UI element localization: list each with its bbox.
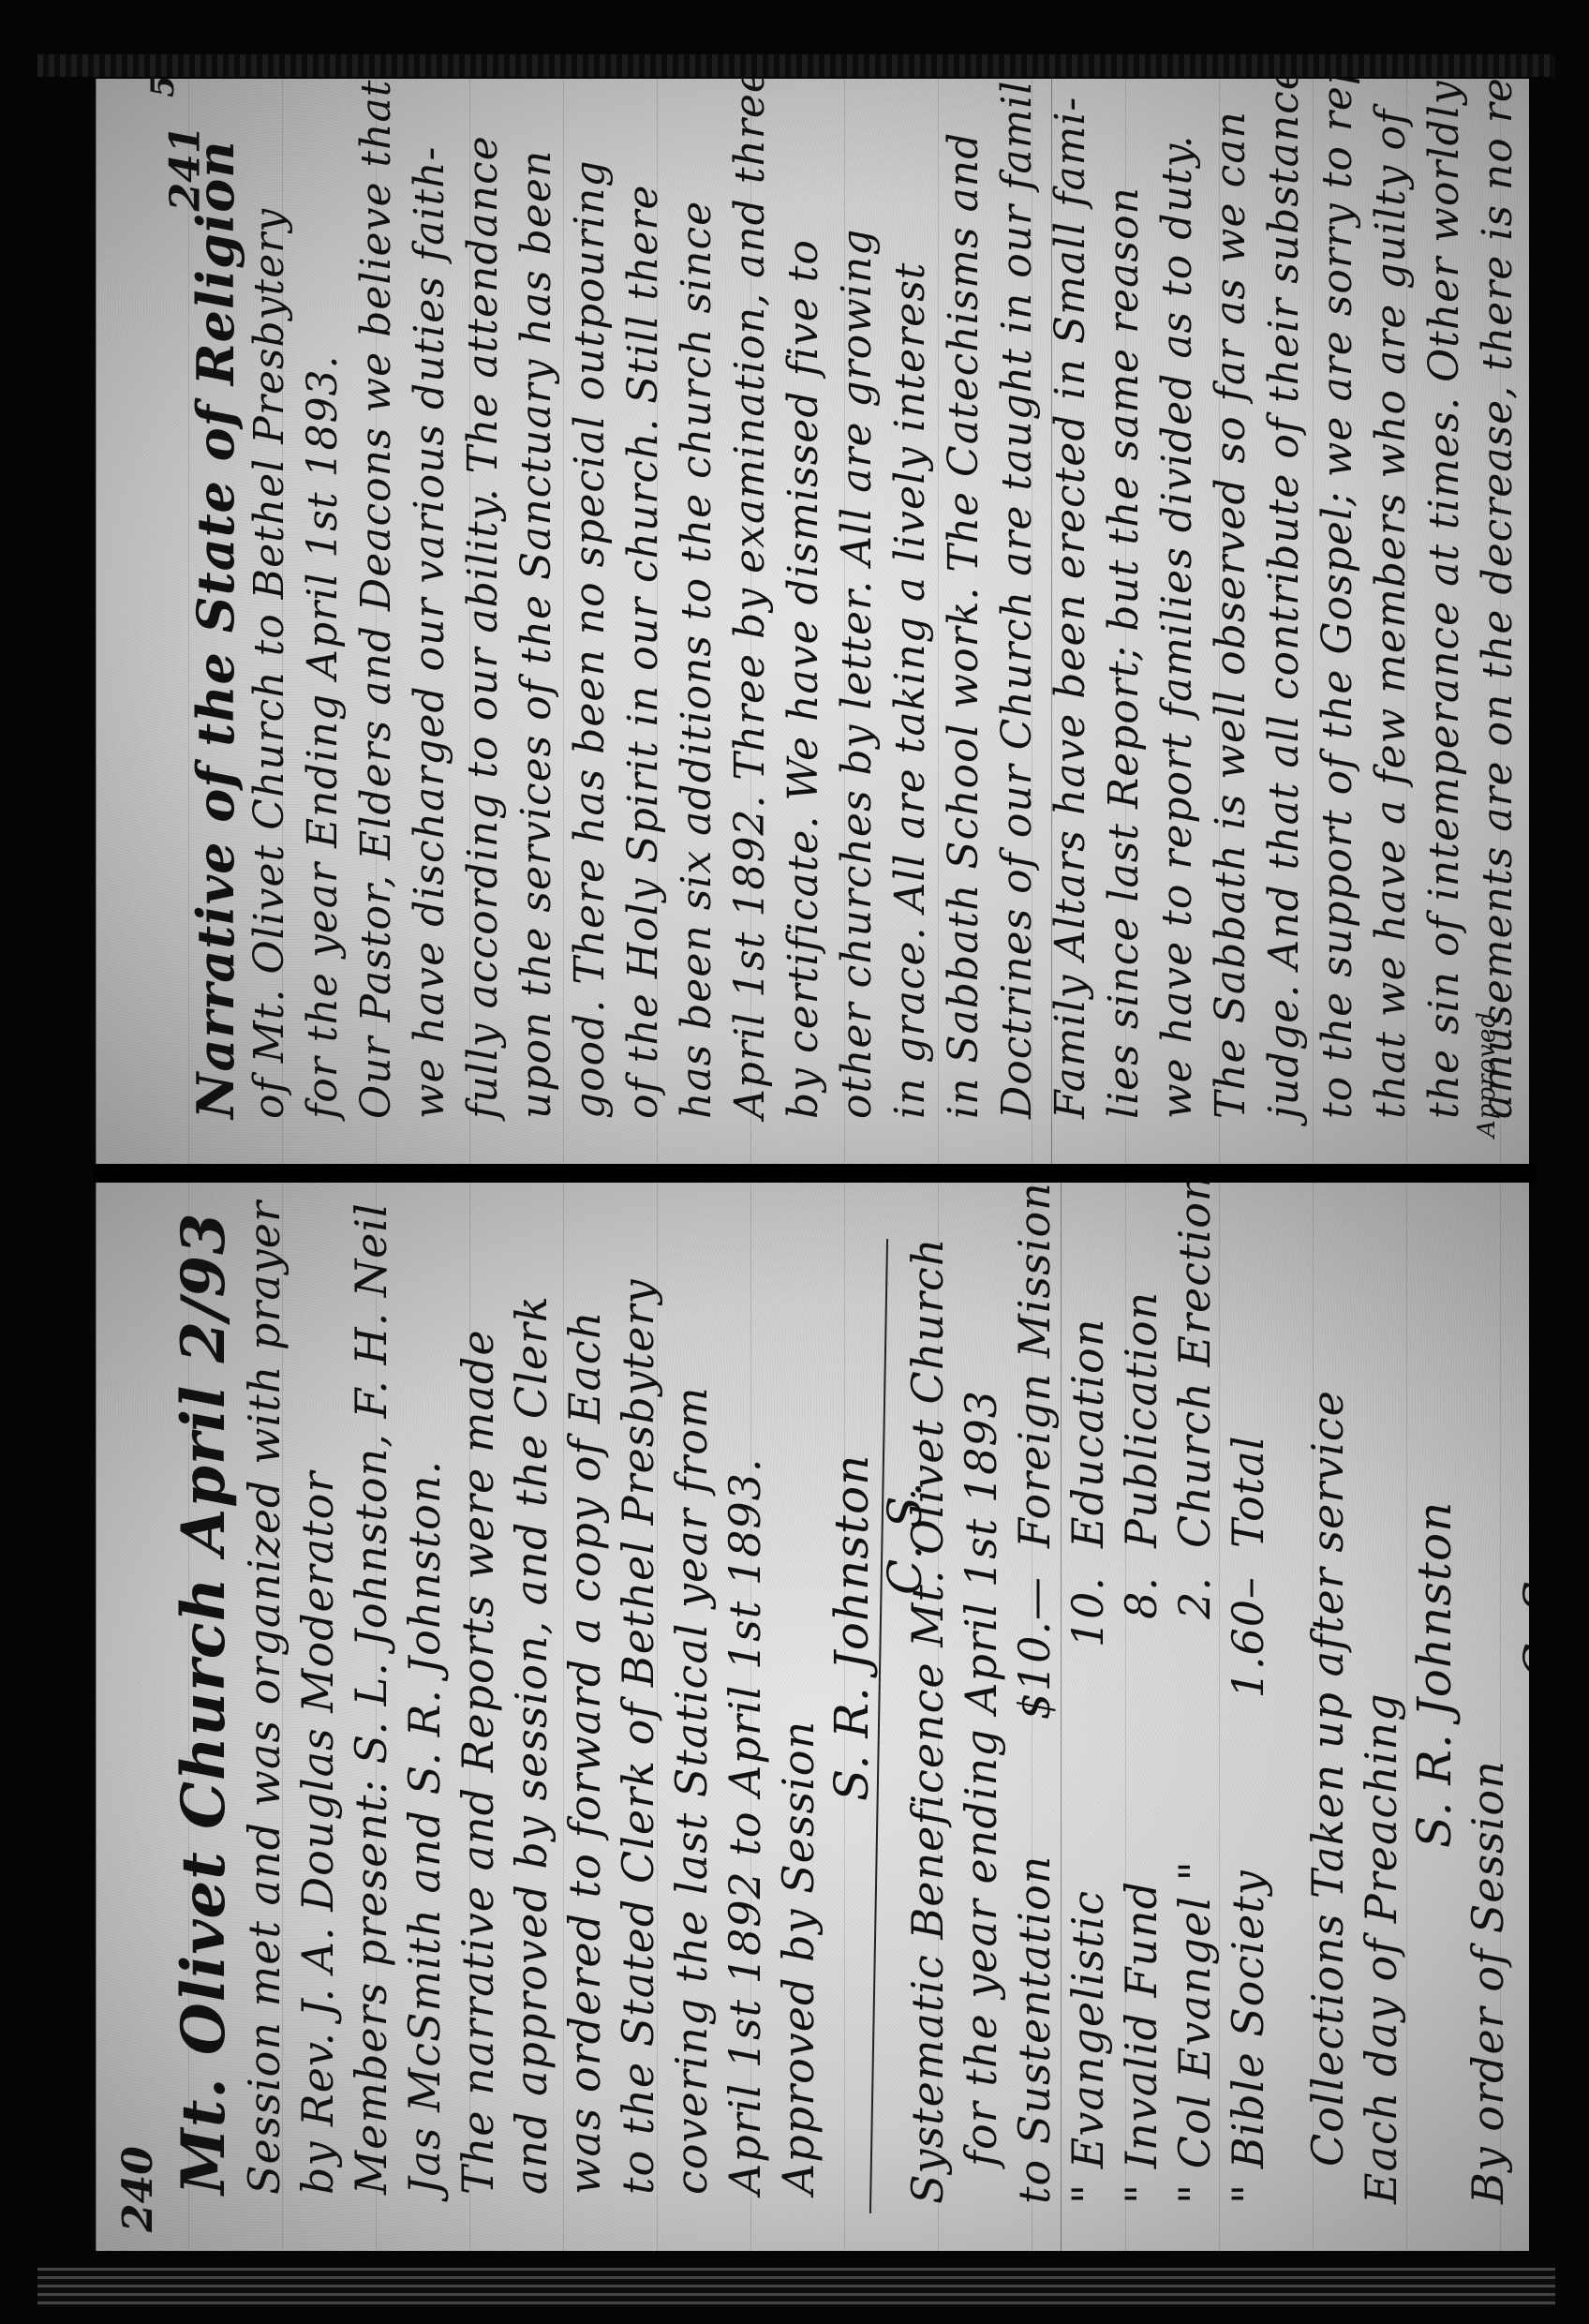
narrative-line: for the year Ending April 1st 1893.: [296, 79, 349, 1119]
narrative-line: we have to report families divided as to…: [1151, 79, 1204, 1119]
narrative-line: in Sabbath School work. The Catechisms a…: [937, 79, 990, 1119]
narrative-line: has been six additions to the church sin…: [670, 79, 723, 1119]
corner-mark: 5: [144, 79, 182, 97]
signature-title: C. S.: [1515, 1183, 1529, 2204]
row-label: " Invalid Fund: [1115, 1764, 1168, 2204]
margin-note: Approved: [1473, 1011, 1501, 1138]
narrative-line: devices other place with the coloring ..…: [1524, 79, 1529, 1119]
row-label: Foreign Missions: [1008, 1183, 1062, 1548]
minutes-line: Members present: S. L. Johnston, F. H. N…: [345, 1200, 398, 2195]
minutes-line: covering the last Statical year from: [665, 1200, 719, 2195]
narrative-line: good. There has been no special outpouri…: [563, 79, 616, 1119]
minutes-line: to the Stated Clerk of Bethel Presbytery: [612, 1200, 665, 2195]
narrative-line: Family Altars have been erected in Small…: [1044, 79, 1097, 1119]
beneficence-subtitle: for the year ending April 1st 1893: [955, 1183, 1008, 2204]
film-edge-bottom: [37, 2268, 1555, 2305]
minutes-heading: Mt. Olivet Church April 2/93: [171, 1200, 238, 2195]
microfilm-frame: 241 5 Narrative of the State of Religion…: [0, 0, 1589, 2324]
row-label: " Evangelistic: [1062, 1764, 1115, 2204]
spacer: [1275, 1183, 1301, 2204]
beneficence-row: " Invalid Fund 8. Publication 5.—: [1115, 1183, 1168, 2204]
row-label: " Col Evangel ": [1168, 1764, 1222, 2204]
total-label: Total: [1222, 1183, 1275, 1548]
row-amount: 10.: [1062, 1576, 1115, 1736]
row-amount: 1.60–: [1222, 1576, 1275, 1736]
beneficence-title: Systematic Beneficence Mt. Olivet Church: [901, 1183, 955, 2204]
narrative-heading: Narrative of the State of Religion: [189, 79, 243, 1119]
book-gutter: [94, 1164, 1537, 1184]
ruled-line: [96, 79, 97, 1164]
closing-line: Each day of Preaching: [1355, 1183, 1408, 2204]
signature-name: S. R. Johnston: [1408, 1183, 1462, 2204]
narrative-line: other churches by letter. All are growin…: [830, 79, 884, 1119]
minutes-line: Session met and was organized with praye…: [238, 1200, 291, 2195]
narrative-line: to the support of the Gospel; we are sor…: [1311, 79, 1364, 1119]
closing-line: By order of Session: [1462, 1183, 1515, 2204]
row-amount: 8.: [1115, 1576, 1168, 1736]
narrative-line: Doctrines of our Church are taught in ou…: [990, 79, 1044, 1119]
signature-name: S. R. Johnston: [824, 1454, 879, 1801]
signature: S. R. Johnston: [825, 1200, 879, 2195]
narrative-line: we have discharged our various duties fa…: [403, 79, 456, 1119]
row-amount: 2.: [1168, 1576, 1222, 1736]
narrative-line: judge. And that all contribute of their …: [1257, 79, 1311, 1119]
narrative-line: lies since last Report; but the same rea…: [1097, 79, 1151, 1119]
beneficence-row: " Evangelistic 10. Education 8.00: [1062, 1183, 1115, 2204]
narrative-line: upon the services of the Sanctuary has b…: [510, 79, 563, 1119]
minutes-line: The narrative and Reports were made: [452, 1200, 505, 2195]
minutes-line: by Rev. J. A. Douglas Moderator: [291, 1200, 345, 2195]
page-241: 241 5 Narrative of the State of Religion…: [96, 79, 1529, 1164]
narrative-line: fully according to our ability. The atte…: [456, 79, 510, 1119]
row-amount: $10.—: [1008, 1576, 1062, 1736]
narrative-line: by certificate. We have dismissed five t…: [777, 79, 830, 1119]
narrative-line: amusements are on the decrease, there is…: [1471, 79, 1524, 1119]
closing-line: Collections Taken up after service: [1301, 1183, 1355, 2204]
row-label: Church Erection: [1168, 1183, 1222, 1548]
beneficence-row: to Sustentation $10.— Foreign Missions $…: [1008, 1183, 1062, 2204]
narrative-line: in grace. All are taking a lively intere…: [884, 79, 937, 1119]
narrative-line: April 1st 1892. Three by examination, an…: [723, 79, 777, 1119]
narrative-line: that we have a few members who are guilt…: [1364, 79, 1418, 1119]
film-edge-top: [37, 54, 1555, 77]
narrative-line: of the Holy Spirit in our church. Still …: [616, 79, 670, 1119]
row-label: to Sustentation: [1008, 1764, 1062, 2204]
beneficence-row: " Col Evangel " 2. Church Erection 2.00: [1168, 1183, 1222, 2204]
row-label: Publication: [1115, 1183, 1168, 1548]
beneficence-row-total: " Bible Society 1.60– Total $80.00: [1222, 1183, 1275, 2204]
ruled-line: [96, 1183, 97, 2251]
page-240: 240 Mt. Olivet Church April 2/93 Session…: [96, 1183, 1529, 2251]
session-minutes: Mt. Olivet Church April 2/93 Session met…: [171, 1200, 932, 2195]
minutes-line: April 1st 1892 to April 1st 1893.: [719, 1200, 772, 2195]
minutes-line: and approved by session, and the Clerk: [505, 1200, 558, 2195]
narrative-text: Narrative of the State of Religion of Mt…: [189, 79, 1529, 1119]
beneficence-section: Systematic Beneficence Mt. Olivet Church…: [901, 1183, 1529, 2204]
minutes-line: Jas McSmith and S. R. Johnston.: [398, 1200, 452, 2195]
minutes-line: Approved by Session: [772, 1200, 825, 2195]
narrative-line: the sin of intemperance at times. Other …: [1418, 79, 1471, 1119]
narrative-line: Our Pastor, Elders and Deacons we believ…: [349, 79, 403, 1119]
row-label: Education: [1062, 1183, 1115, 1548]
row-label: " Bible Society: [1222, 1764, 1275, 2204]
minutes-line: was ordered to forward a copy of Each: [558, 1200, 612, 2195]
narrative-line: The Sabbath is well observed so far as w…: [1204, 79, 1257, 1119]
page-number: 240: [114, 2146, 162, 2232]
narrative-line: of Mt. Olivet Church to Bethel Presbyter…: [243, 79, 296, 1119]
